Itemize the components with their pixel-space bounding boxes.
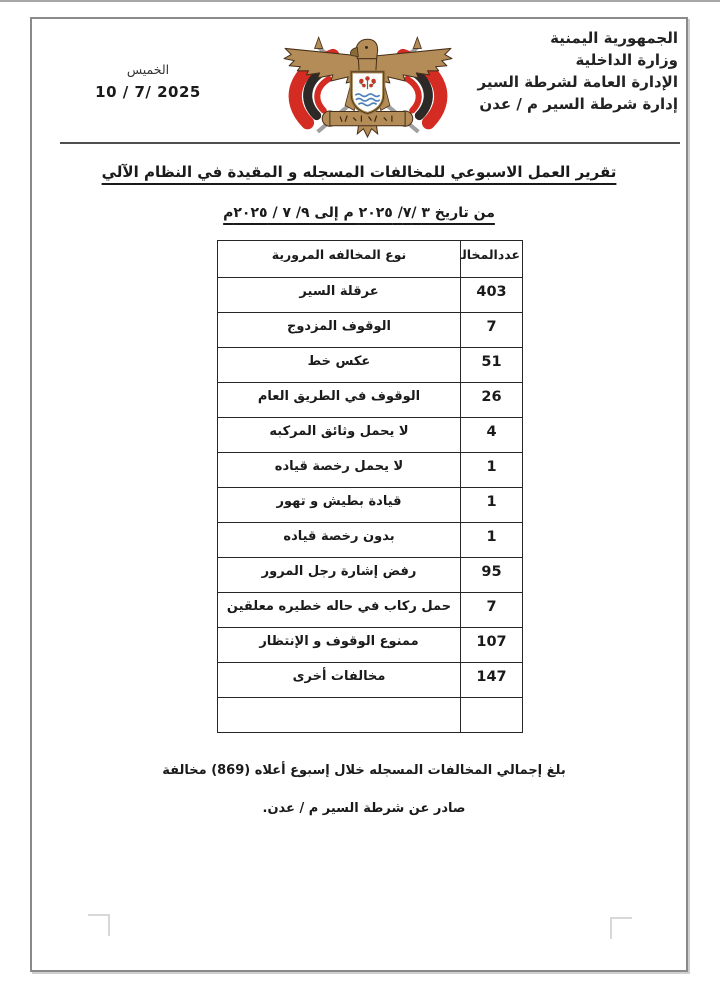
table-row: 147مخالفات أخرى	[218, 663, 523, 698]
column-header-count: عددالمخالفات	[461, 241, 523, 278]
table-row: 403عرقلة السير	[218, 278, 523, 313]
violation-count-cell: 1	[461, 453, 523, 488]
violation-count-cell	[461, 698, 523, 733]
table-row: 4لا يحمل وثائق المركبه	[218, 418, 523, 453]
report-date-range: من تاريخ ٣ /٧/ ٢٠٢٥ م إلى ٩/ ٧ / ٢٠٢٥م	[52, 205, 666, 221]
table-row: 95رفض إشارة رجل المرور	[218, 558, 523, 593]
chest-shield	[351, 72, 384, 114]
violation-type-cell	[218, 698, 461, 733]
violation-count-cell: 403	[461, 278, 523, 313]
violation-type-cell: قيادة بطيش و تهور	[218, 488, 461, 523]
crop-mark-left	[88, 914, 110, 936]
table-row: 1لا يحمل رخصة قياده	[218, 453, 523, 488]
document-sheet: الجمهورية اليمنية وزارة الداخلية الإدارة…	[30, 17, 688, 972]
violation-count-cell: 4	[461, 418, 523, 453]
violation-type-cell: لا يحمل رخصة قياده	[218, 453, 461, 488]
violation-type-cell: مخالفات أخرى	[218, 663, 461, 698]
violations-table: عددالمخالفات نوع المخالفه المرورية 403عر…	[217, 240, 523, 733]
weekday-label: الخميس	[78, 62, 218, 77]
eagle-eye	[365, 46, 368, 49]
violation-type-cell: بدون رخصة قياده	[218, 523, 461, 558]
table-row: 1بدون رخصة قياده	[218, 523, 523, 558]
org-line-administration: الإدارة العامة لشرطة السير	[477, 71, 678, 93]
violation-type-cell: عرقلة السير	[218, 278, 461, 313]
violations-table-body: 403عرقلة السير7الوقوف المزدوج51عكس خط26ا…	[218, 278, 523, 733]
header-divider	[60, 142, 680, 144]
violation-count-cell: 7	[461, 593, 523, 628]
violation-count-cell: 51	[461, 348, 523, 383]
yemen-emblem	[279, 25, 457, 139]
org-header-block: الجمهورية اليمنية وزارة الداخلية الإدارة…	[477, 27, 678, 115]
violation-count-cell: 1	[461, 523, 523, 558]
table-row: 7الوقوف المزدوج	[218, 313, 523, 348]
violation-count-cell: 26	[461, 383, 523, 418]
scan-top-edge	[0, 0, 720, 2]
issued-by-line: صادر عن شرطة السير م / عدن.	[42, 801, 686, 816]
yemen-eagle-icon	[279, 25, 457, 139]
violation-type-cell: ممنوع الوقوف و الإنتظار	[218, 628, 461, 663]
eagle-head	[356, 39, 378, 58]
violation-type-cell: حمل ركاب في حاله خطيره معلقين	[218, 593, 461, 628]
violation-count-cell: 107	[461, 628, 523, 663]
column-header-type: نوع المخالفه المرورية	[218, 241, 461, 278]
org-line-department: إدارة شرطة السير م / عدن	[477, 93, 678, 115]
table-header-row: عددالمخالفات نوع المخالفه المرورية	[218, 241, 523, 278]
report-title: تقرير العمل الاسبوعي للمخالفات المسجله و…	[52, 163, 666, 181]
table-row: 26الوقوف في الطريق العام	[218, 383, 523, 418]
violation-type-cell: لا يحمل وثائق المركبه	[218, 418, 461, 453]
table-row	[218, 698, 523, 733]
scanned-report-page: { "document": { "header": { "org_lines":…	[0, 0, 720, 991]
gregorian-date: 10 / 7/ 2025	[78, 83, 218, 101]
violation-type-cell: الوقوف في الطريق العام	[218, 383, 461, 418]
violation-count-cell: 147	[461, 663, 523, 698]
total-violations-line: بلغ إجمالي المخالفات المسجله خلال إسبوع …	[42, 763, 686, 778]
table-row: 51عكس خط	[218, 348, 523, 383]
violation-count-cell: 1	[461, 488, 523, 523]
eagle-beak	[350, 47, 358, 56]
org-line-country: الجمهورية اليمنية	[477, 27, 678, 49]
violation-count-cell: 95	[461, 558, 523, 593]
table-row: 7حمل ركاب في حاله خطيره معلقين	[218, 593, 523, 628]
violation-count-cell: 7	[461, 313, 523, 348]
violation-type-cell: الوقوف المزدوج	[218, 313, 461, 348]
table-row: 107ممنوع الوقوف و الإنتظار	[218, 628, 523, 663]
org-line-ministry: وزارة الداخلية	[477, 49, 678, 71]
violation-type-cell: عكس خط	[218, 348, 461, 383]
date-block: الخميس 10 / 7/ 2025	[78, 62, 218, 101]
crop-mark-right	[610, 917, 632, 939]
table-row: 1قيادة بطيش و تهور	[218, 488, 523, 523]
violations-table-head: عددالمخالفات نوع المخالفه المرورية	[218, 241, 523, 278]
violation-type-cell: رفض إشارة رجل المرور	[218, 558, 461, 593]
